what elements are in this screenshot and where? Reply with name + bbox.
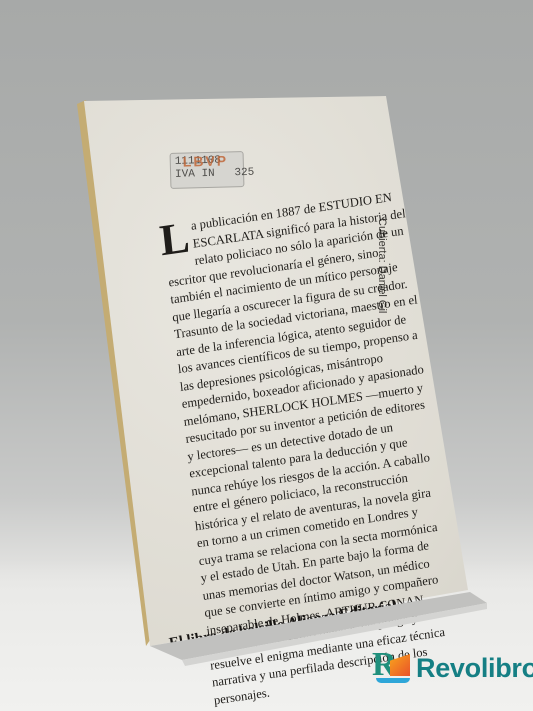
price-sticker: 1111108 IVA IN 325 LBVP	[170, 151, 245, 189]
revolibro-watermark: R Revolibro	[372, 652, 533, 684]
stamp-logo-icon: LBVP	[183, 152, 229, 169]
revolibro-logo-icon: R	[372, 652, 412, 684]
drop-cap: L	[158, 220, 191, 258]
logo-wave-icon	[376, 678, 410, 683]
brand-name: Revolibro	[416, 653, 533, 684]
